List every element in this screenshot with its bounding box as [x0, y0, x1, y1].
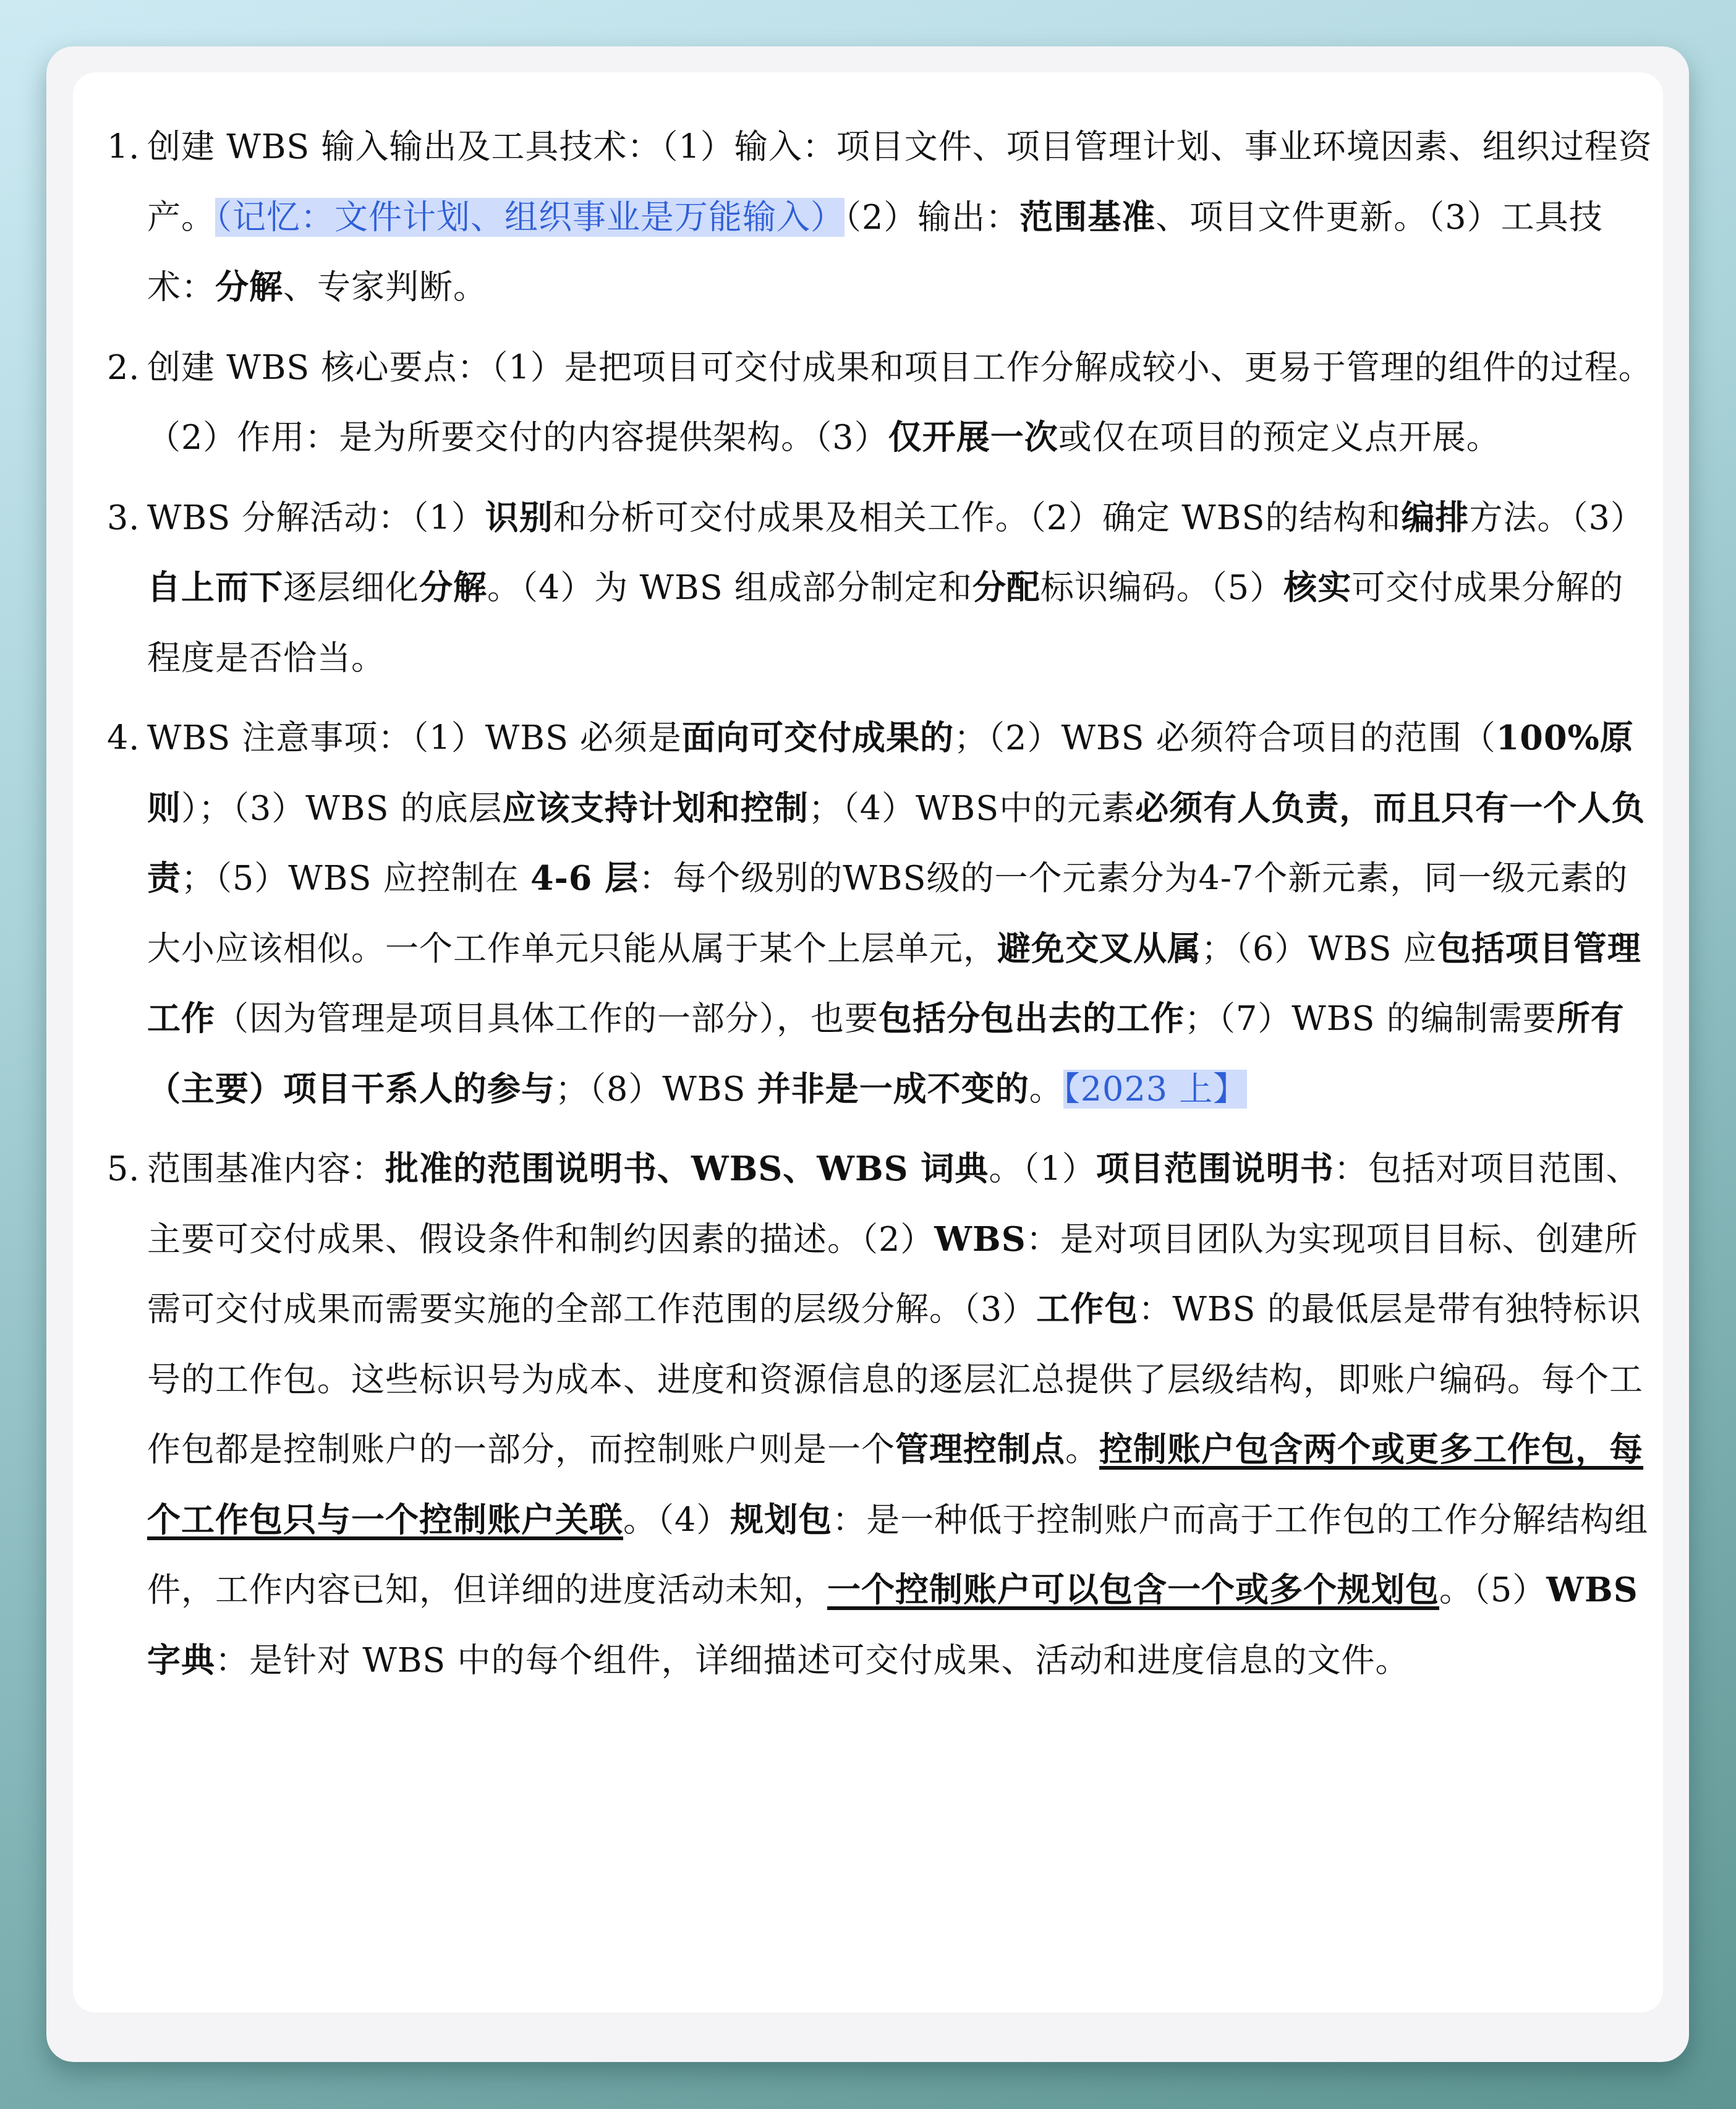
bold-key-term: 4-6 层	[530, 858, 639, 898]
bold-key-term: 面向可交付成果的	[682, 718, 954, 757]
notes-content: 1. 创建 WBS 输入输出及工具技术：（1）输入：项目文件、项目管理计划、事业…	[107, 112, 1653, 1705]
bold-key-term: 项目范围说明书	[1096, 1149, 1334, 1188]
bold-key-term: 仅开展一次	[888, 417, 1058, 457]
text-run: 范围基准内容：	[147, 1149, 385, 1188]
bold-key-term: 自上而下	[147, 568, 283, 607]
bold-key-term: 工作包	[1036, 1289, 1138, 1329]
text-run: 。	[1029, 1070, 1063, 1109]
text-run: 。（1）	[989, 1149, 1096, 1188]
bold-key-term: 编排	[1401, 498, 1469, 537]
text-run: 。（4）为 WBS 组成部分制定和	[487, 568, 972, 607]
text-run: 和分析可交付成果及相关工作。（2）确定 WBS的结构和	[553, 498, 1402, 537]
bold-key-term: 分解	[215, 267, 283, 307]
text-run: 。	[1065, 1430, 1099, 1469]
bold-key-term: 并非是一成不变的	[757, 1069, 1029, 1109]
text-run: ）；（3）WBS 的底层	[181, 789, 503, 828]
bold-key-term: 包括分包出去的工作	[879, 999, 1185, 1038]
text-run: 标识编码。（5）	[1040, 568, 1283, 607]
item-text: WBS 注意事项：（1）WBS 必须是面向可交付成果的；（2）WBS 必须符合项…	[147, 718, 1645, 1109]
text-run: ；（7）WBS 的编制需要	[1185, 999, 1557, 1038]
list-item: 1. 创建 WBS 输入输出及工具技术：（1）输入：项目文件、项目管理计划、事业…	[107, 112, 1653, 323]
text-run: ；（8）WBS	[555, 1070, 757, 1109]
text-run: 逐层细化	[283, 568, 419, 607]
underlined-key-phrase: 一个控制账户可以包含一个或多个规划包	[827, 1570, 1439, 1609]
text-run: 或仅在项目的预定义点开展。	[1058, 418, 1500, 457]
document-card: 1. 创建 WBS 输入输出及工具技术：（1）输入：项目文件、项目管理计划、事业…	[73, 72, 1663, 2013]
text-run: ；（5）WBS 应控制在	[181, 859, 530, 898]
bold-key-term: 规划包	[730, 1500, 832, 1540]
bold-key-term: 分配	[972, 568, 1040, 607]
text-run: WBS 注意事项：（1）WBS 必须是	[147, 718, 682, 757]
bold-key-term: 避免交叉从属	[997, 929, 1201, 968]
list-item: 5. 范围基准内容：批准的范围说明书、WBS、WBS 词典。（1）项目范围说明书…	[107, 1134, 1653, 1695]
bold-key-term: 批准的范围说明书、WBS、WBS 词典	[385, 1149, 989, 1188]
outer-frame: 1. 创建 WBS 输入输出及工具技术：（1）输入：项目文件、项目管理计划、事业…	[46, 46, 1689, 2062]
item-number: 1.	[107, 112, 140, 182]
text-run: 、专家判断。	[283, 268, 487, 307]
list-item: 3. WBS 分解活动：（1）识别和分析可交付成果及相关工作。（2）确定 WBS…	[107, 483, 1653, 694]
text-run: （2）输出：	[845, 198, 1019, 237]
text-run: ：是针对 WBS 中的每个组件，详细描述可交付成果、活动和进度信息的文件。	[215, 1641, 1410, 1680]
list-item: 2. 创建 WBS 核心要点：（1）是把项目可交付成果和项目工作分解成较小、更易…	[107, 333, 1653, 473]
item-text: 创建 WBS 输入输出及工具技术：（1）输入：项目文件、项目管理计划、事业环境因…	[147, 127, 1653, 307]
highlighted-note: （记忆：文件计划、组织事业是万能输入）	[215, 198, 845, 237]
numbered-list: 1. 创建 WBS 输入输出及工具技术：（1）输入：项目文件、项目管理计划、事业…	[107, 112, 1653, 1695]
bold-key-term: WBS	[934, 1219, 1026, 1259]
item-number: 3.	[107, 483, 140, 553]
item-text: 创建 WBS 核心要点：（1）是把项目可交付成果和项目工作分解成较小、更易于管理…	[147, 348, 1653, 458]
item-text: WBS 分解活动：（1）识别和分析可交付成果及相关工作。（2）确定 WBS的结构…	[147, 498, 1645, 678]
bold-key-term: 识别	[485, 498, 553, 537]
text-run: ；（2）WBS 必须符合项目的范围（	[954, 718, 1496, 757]
text-run: 。（4）	[623, 1501, 730, 1540]
item-number: 4.	[107, 703, 140, 773]
text-run: ；（4）WBS中的元素	[809, 789, 1136, 828]
item-number: 2.	[107, 333, 140, 403]
bold-key-term: 核实	[1283, 568, 1351, 607]
text-run: 方法。（3）	[1469, 498, 1644, 537]
list-item: 4. WBS 注意事项：（1）WBS 必须是面向可交付成果的；（2）WBS 必须…	[107, 703, 1653, 1124]
bold-key-term: 分解	[419, 568, 487, 607]
bold-key-term: 管理控制点	[895, 1429, 1065, 1469]
text-run: 。（5）	[1439, 1570, 1546, 1609]
item-text: 范围基准内容：批准的范围说明书、WBS、WBS 词典。（1）项目范围说明书：包括…	[147, 1149, 1648, 1680]
text-run: （因为管理是项目具体工作的一部分），也要	[215, 999, 879, 1038]
highlighted-note: 【2023 上】	[1063, 1070, 1248, 1109]
bold-key-term: 范围基准	[1019, 197, 1155, 237]
bold-key-term: 应该支持计划和控制	[503, 788, 809, 828]
text-run: ；（6）WBS 应	[1201, 929, 1437, 968]
text-run: WBS 分解活动：（1）	[147, 498, 485, 537]
item-number: 5.	[107, 1134, 140, 1204]
